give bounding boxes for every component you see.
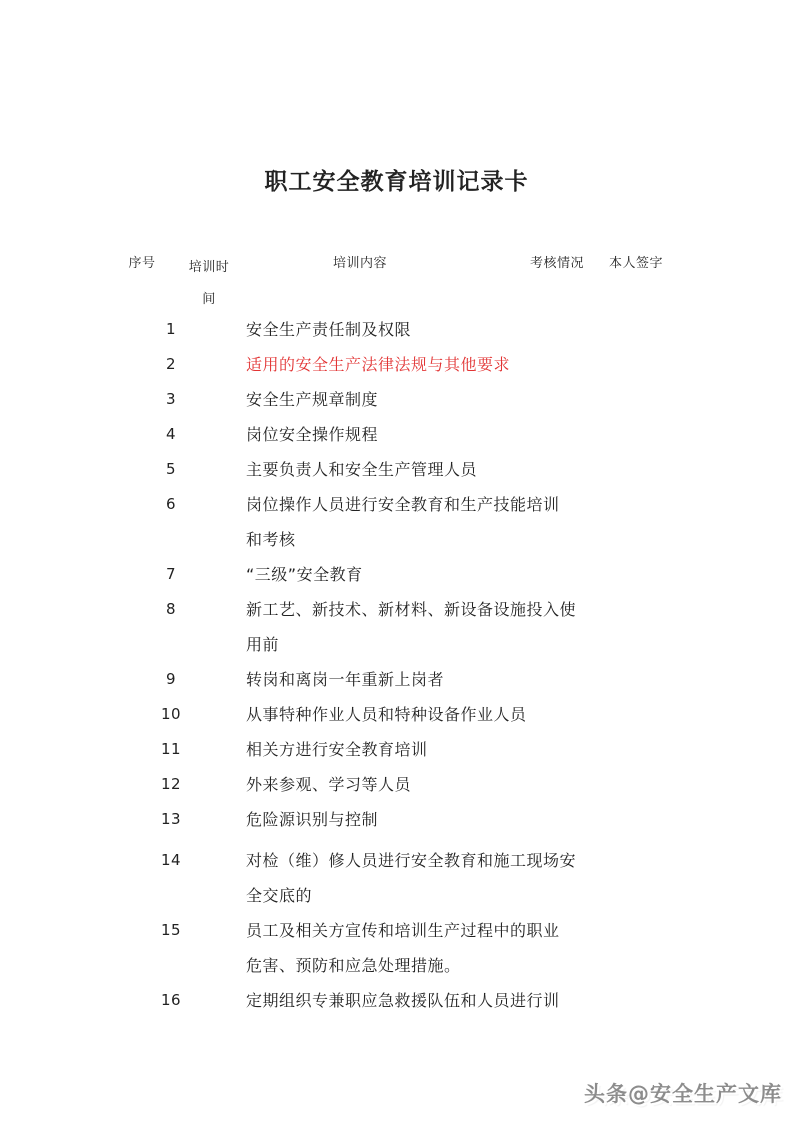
table-row: 1安全生产责任制及权限 (155, 312, 793, 347)
row-number: 8 (155, 592, 187, 627)
row-number: 7 (155, 557, 187, 592)
row-number: 13 (155, 802, 187, 837)
row-number: 5 (155, 452, 187, 487)
table-row: 4岗位安全操作规程 (155, 417, 793, 452)
table-row: 13危险源识别与控制 (155, 802, 793, 837)
table-row: 14对检（维）修人员进行安全教育和施工现场安 全交底的 (155, 843, 793, 913)
row-content: 从事特种作业人员和特种设备作业人员 (246, 697, 527, 732)
row-content: 员工及相关方宣传和培训生产过程中的职业 危害、预防和应急处理措施。 (246, 913, 560, 983)
row-number: 3 (155, 382, 187, 417)
table-row: 3安全生产规章制度 (155, 382, 793, 417)
row-number: 2 (155, 347, 187, 382)
row-content: 安全生产责任制及权限 (246, 312, 411, 347)
training-rows: 1安全生产责任制及权限2适用的安全生产法律法规与其他要求3安全生产规章制度4岗位… (155, 312, 793, 1018)
row-content: 新工艺、新技术、新材料、新设备设施投入使 用前 (246, 592, 576, 662)
row-content: 危险源识别与控制 (246, 802, 378, 837)
row-number: 10 (155, 697, 187, 732)
row-number: 14 (155, 843, 187, 878)
row-number: 12 (155, 767, 187, 802)
row-number: 15 (155, 913, 187, 948)
table-row: 5主要负责人和安全生产管理人员 (155, 452, 793, 487)
header-no: 序号 (128, 252, 155, 271)
row-content: 岗位操作人员进行安全教育和生产技能培训 和考核 (246, 487, 560, 557)
row-content: 主要负责人和安全生产管理人员 (246, 452, 477, 487)
table-row: 7“三级”安全教育 (155, 557, 793, 592)
table-row: 2适用的安全生产法律法规与其他要求 (155, 347, 793, 382)
row-content: 对检（维）修人员进行安全教育和施工现场安 全交底的 (246, 843, 576, 913)
row-content: 适用的安全生产法律法规与其他要求 (246, 347, 510, 382)
row-number: 11 (155, 732, 187, 767)
row-content: 安全生产规章制度 (246, 382, 378, 417)
row-content: 转岗和离岗一年重新上岗者 (246, 662, 444, 697)
header-signature: 本人签字 (609, 252, 663, 271)
page-title: 职工安全教育培训记录卡 (0, 163, 793, 196)
table-row: 9转岗和离岗一年重新上岗者 (155, 662, 793, 697)
row-content: 岗位安全操作规程 (246, 417, 378, 452)
row-number: 9 (155, 662, 187, 697)
row-number: 1 (155, 312, 187, 347)
header-assessment: 考核情况 (530, 252, 584, 271)
table-row: 8新工艺、新技术、新材料、新设备设施投入使 用前 (155, 592, 793, 662)
table-row: 6岗位操作人员进行安全教育和生产技能培训 和考核 (155, 487, 793, 557)
header-training-content: 培训内容 (333, 252, 387, 271)
row-content: “三级”安全教育 (246, 557, 363, 592)
table-row: 12外来参观、学习等人员 (155, 767, 793, 802)
table-row: 16定期组织专兼职应急救援队伍和人员进行训 (155, 983, 793, 1018)
row-content: 外来参观、学习等人员 (246, 767, 411, 802)
row-number: 16 (155, 983, 187, 1018)
table-row: 11相关方进行安全教育培训 (155, 732, 793, 767)
table-row: 10从事特种作业人员和特种设备作业人员 (155, 697, 793, 732)
row-number: 4 (155, 417, 187, 452)
document-page: 职工安全教育培训记录卡 序号 培训时间 培训内容 考核情况 本人签字 1安全生产… (0, 0, 793, 1122)
row-content: 定期组织专兼职应急救援队伍和人员进行训 (246, 983, 560, 1018)
watermark: 头条@安全生产文库 (584, 1078, 782, 1108)
row-number: 6 (155, 487, 187, 522)
table-row: 15员工及相关方宣传和培训生产过程中的职业 危害、预防和应急处理措施。 (155, 913, 793, 983)
row-content: 相关方进行安全教育培训 (246, 732, 428, 767)
header-training-time: 培训时间 (187, 252, 231, 316)
